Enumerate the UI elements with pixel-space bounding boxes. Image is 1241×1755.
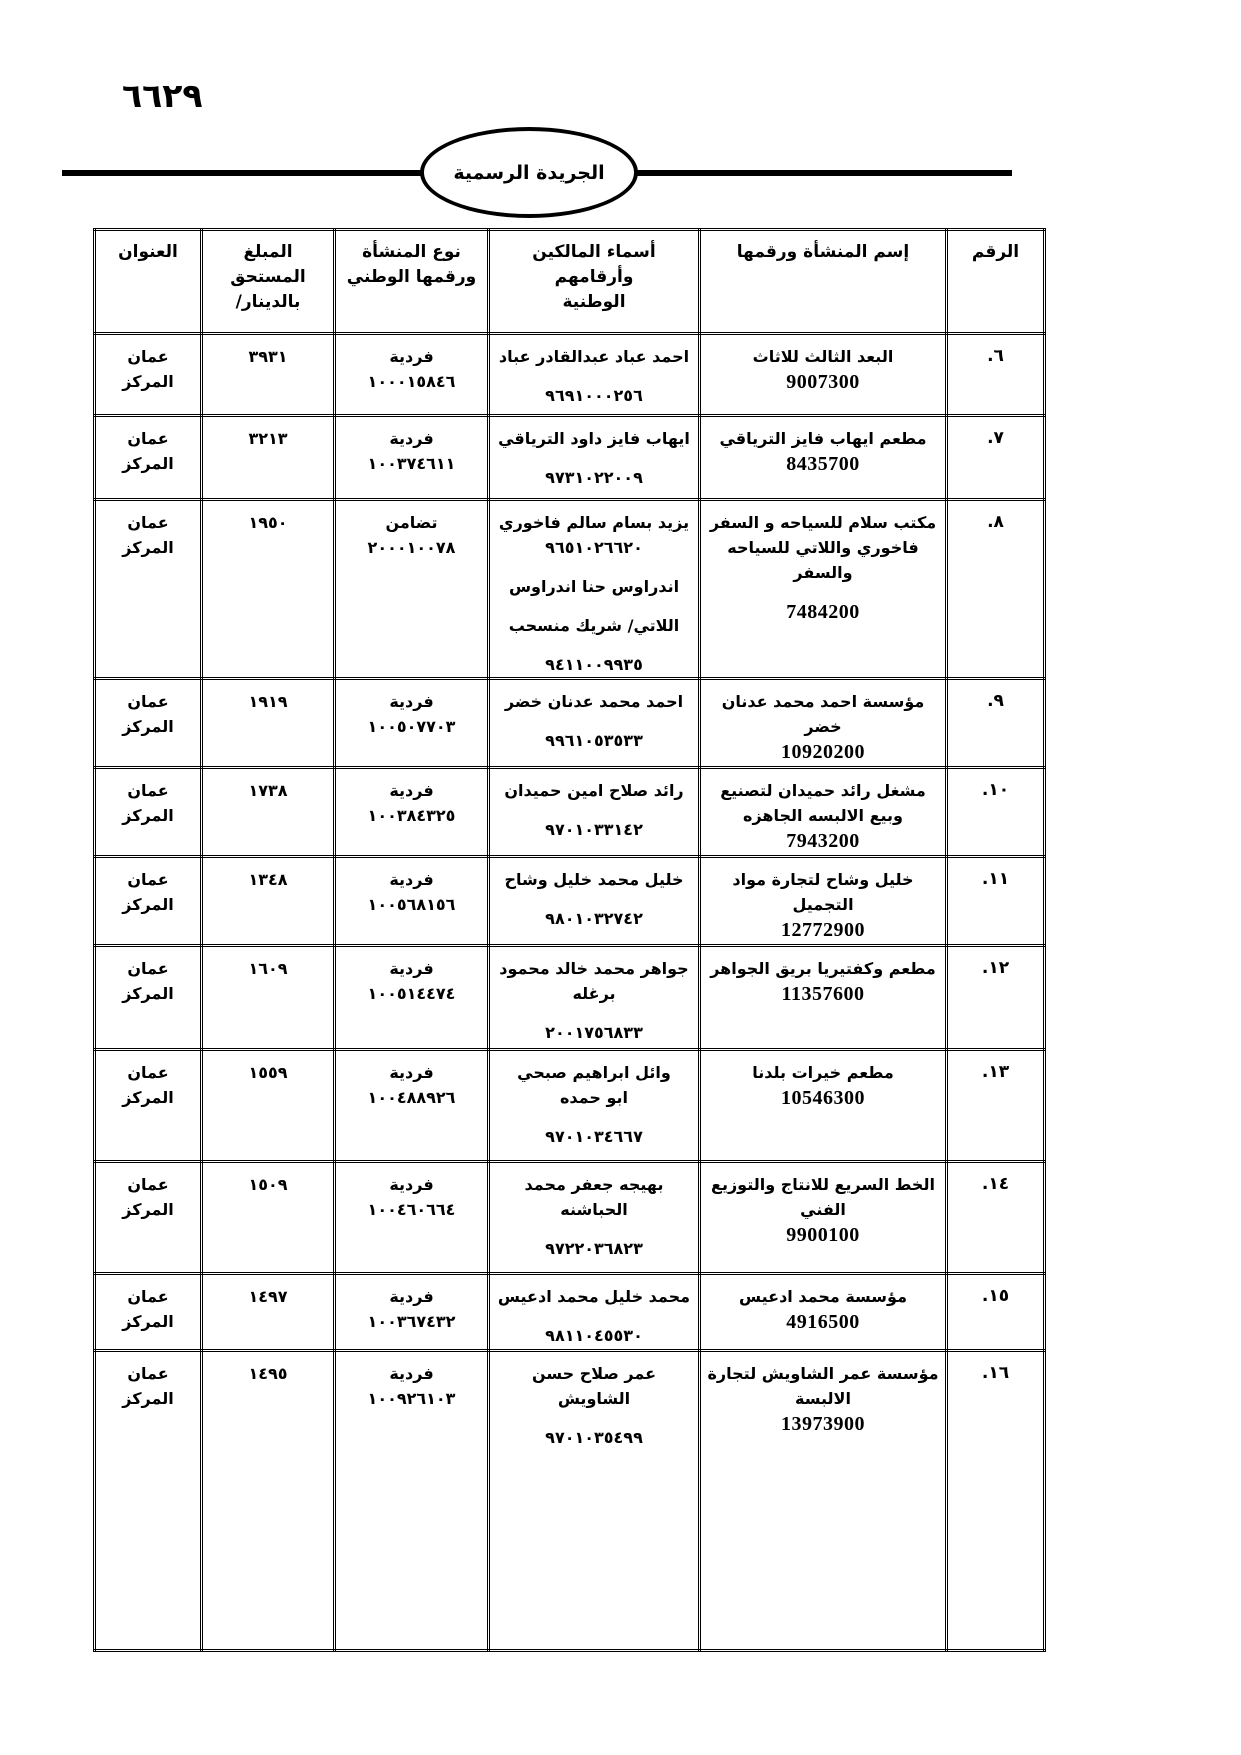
- owner-names-and-ids: رائد صلاح امين حميدان٩٧٠١٠٣٣١٤٢: [494, 778, 694, 842]
- establishment-name: البعد الثالث للاثاث: [705, 344, 941, 369]
- text-line: وائل ابراهيم صبحي: [494, 1060, 694, 1085]
- establishments-table: الرقم إسم المنشأة ورقمها أسماء المالكين …: [93, 228, 1046, 1652]
- establishment-type: فردية: [340, 1060, 483, 1085]
- establishment-type: فردية: [340, 956, 483, 981]
- establishment-cell: البعد الثالث للاثاث 9007300: [700, 334, 947, 416]
- row-number-cell: ١٤.: [947, 1162, 1045, 1274]
- type-cell: فردية ١٠٠٠١٥٨٤٦: [335, 334, 489, 416]
- establishment-type: تضامن: [340, 510, 483, 535]
- establishment-type: فردية: [340, 1284, 483, 1309]
- row-number: ٩.: [952, 689, 1039, 714]
- owner-names-and-ids: بهيجه جعفر محمدالحباشنه٩٧٢٢٠٣٦٨٢٣: [494, 1172, 694, 1261]
- text-line: يزيد بسام سالم فاخوري: [494, 510, 694, 535]
- address: عمانالمركز: [100, 1060, 196, 1110]
- type-national-number: ١٠٠٣٨٤٣٢٥: [340, 803, 483, 828]
- establishment-name: خليل وشاح لتجارة موادالتجميل: [705, 867, 941, 917]
- owners-cell: بهيجه جعفر محمدالحباشنه٩٧٢٢٠٣٦٨٢٣: [489, 1162, 700, 1274]
- text-line: الفني: [705, 1197, 941, 1222]
- amount-cell: ١٥٠٩: [202, 1162, 335, 1274]
- establishment-cell: مؤسسة محمد ادعيس 4916500: [700, 1274, 947, 1351]
- amount-cell: ٣٢١٣: [202, 416, 335, 500]
- text-line: خليل وشاح لتجارة مواد: [705, 867, 941, 892]
- text-line: [494, 369, 694, 383]
- type-national-number: ١٠٠٣٧٤٦١١: [340, 451, 483, 476]
- establishment-cell: خليل وشاح لتجارة موادالتجميل 12772900: [700, 857, 947, 946]
- text-line: الالبسة: [705, 1386, 941, 1411]
- text-line: عمان: [100, 867, 196, 892]
- text-line: المركز: [100, 803, 196, 828]
- type-cell: تضامن ٢٠٠٠١٠٠٧٨: [335, 500, 489, 679]
- gazette-title: الجريدة الرسمية: [453, 162, 604, 184]
- text-line: عمان: [100, 689, 196, 714]
- owners-cell: رائد صلاح امين حميدان٩٧٠١٠٣٣١٤٢: [489, 768, 700, 857]
- text-line: عمان: [100, 1361, 196, 1386]
- address-cell: عمانالمركز: [95, 768, 202, 857]
- type-national-number: ١٠٠٥٠٧٧٠٣: [340, 714, 483, 739]
- text-line: التجميل: [705, 892, 941, 917]
- owners-cell: خليل محمد خليل وشاح٩٨٠١٠٣٢٧٤٢: [489, 857, 700, 946]
- text-line: [494, 1411, 694, 1425]
- text-line: وبيع الالبسه الجاهزه: [705, 803, 941, 828]
- establishment-number: 8435700: [705, 451, 941, 478]
- establishment-number: 10920200: [705, 739, 941, 766]
- establishment-cell: مؤسسة عمر الشاويش لتجارةالالبسة 13973900: [700, 1351, 947, 1651]
- owners-cell: احمد عباد عبدالقادر عباد٩٦٩١٠٠٠٢٥٦: [489, 334, 700, 416]
- address-cell: عمانالمركز: [95, 334, 202, 416]
- establishment-name: مؤسسة محمد ادعيس: [705, 1284, 941, 1309]
- address: عمانالمركز: [100, 778, 196, 828]
- table-row: ١٦. مؤسسة عمر الشاويش لتجارةالالبسة 1397…: [95, 1351, 1045, 1651]
- text-line: عمان: [100, 426, 196, 451]
- text-line: عمان: [100, 956, 196, 981]
- type-national-number: ١٠٠٠١٥٨٤٦: [340, 369, 483, 394]
- text-line: [494, 1222, 694, 1236]
- address-cell: عمانالمركز: [95, 1050, 202, 1162]
- header-type: نوع المنشأةورقمها الوطني: [335, 230, 489, 334]
- text-line: عمان: [100, 778, 196, 803]
- text-line: اللاتي/ شريك منسحب: [494, 613, 694, 638]
- text-line: عمان: [100, 510, 196, 535]
- table-row: ١٣. مطعم خيرات بلدنا 10546300 وائل ابراه…: [95, 1050, 1045, 1162]
- owners-cell: محمد خليل محمد ادعيس٩٨١١٠٤٥٥٣٠: [489, 1274, 700, 1351]
- text-line: العنوان: [100, 240, 196, 265]
- amount-due: ١٥٠٩: [207, 1172, 329, 1197]
- text-line: مشغل رائد حميدان لتصنيع: [705, 778, 941, 803]
- text-line: بهيجه جعفر محمد: [494, 1172, 694, 1197]
- establishment-number: 12772900: [705, 917, 941, 944]
- table-header-row: الرقم إسم المنشأة ورقمها أسماء المالكين …: [95, 230, 1045, 334]
- text-line: خضر: [705, 714, 941, 739]
- text-line: [494, 1006, 694, 1020]
- type-cell: فردية ١٠٠٣٧٤٦١١: [335, 416, 489, 500]
- row-number-cell: ١٣.: [947, 1050, 1045, 1162]
- type-national-number: ١٠٠٤٦٠٦٦٤: [340, 1197, 483, 1222]
- owner-names-and-ids: محمد خليل محمد ادعيس٩٨١١٠٤٥٥٣٠: [494, 1284, 694, 1348]
- establishment-number: 11357600: [705, 981, 941, 1008]
- text-line: [494, 714, 694, 728]
- establishment-name: مشغل رائد حميدان لتصنيعوبيع الالبسه الجا…: [705, 778, 941, 828]
- amount-due: ١٤٩٥: [207, 1361, 329, 1386]
- text-line: المركز: [100, 1386, 196, 1411]
- text-line: المبلغ: [207, 240, 329, 265]
- row-number: ١٠.: [952, 778, 1039, 803]
- text-line: ٩٧٠١٠٣٣١٤٢: [494, 817, 694, 842]
- type-national-number: ١٠٠٩٢٦١٠٣: [340, 1386, 483, 1411]
- type-national-number: ١٠٠٥١٤٤٧٤: [340, 981, 483, 1006]
- text-line: المركز: [100, 535, 196, 560]
- type-cell: فردية ١٠٠٣٨٤٣٢٥: [335, 768, 489, 857]
- text-line: [494, 599, 694, 613]
- amount-due: ١٧٣٨: [207, 778, 329, 803]
- row-number-cell: ١٠.: [947, 768, 1045, 857]
- text-line: مؤسسة عمر الشاويش لتجارة: [705, 1361, 941, 1386]
- gazette-page: ٦٦٢٩ الجريدة الرسمية الرقم إسم المنشأة و…: [0, 0, 1241, 1755]
- establishment-number: 9007300: [705, 369, 941, 396]
- table-row: ١٠. مشغل رائد حميدان لتصنيعوبيع الالبسه …: [95, 768, 1045, 857]
- owners-cell: عمر صلاح حسنالشاويش٩٧٠١٠٣٥٤٩٩: [489, 1351, 700, 1651]
- text-line: ٩٧٣١٠٢٢٠٠٩: [494, 465, 694, 490]
- type-cell: فردية ١٠٠٥٠٧٧٠٣: [335, 679, 489, 768]
- establishment-number: 7943200: [705, 828, 941, 855]
- text-line: المركز: [100, 1085, 196, 1110]
- owners-cell: ايهاب فايز داود الترياقي٩٧٣١٠٢٢٠٠٩: [489, 416, 700, 500]
- text-line: /بالدينار: [207, 290, 329, 315]
- establishment-type: فردية: [340, 689, 483, 714]
- text-line: ابو حمده: [494, 1085, 694, 1110]
- text-line: عمر صلاح حسن: [494, 1361, 694, 1386]
- text-line: رائد صلاح امين حميدان: [494, 778, 694, 803]
- header-owners: أسماء المالكين وأرقامهمالوطنية: [489, 230, 700, 334]
- establishment-cell: مكتب سلام للسياحه و السفرفاخوري واللاتي …: [700, 500, 947, 679]
- header-amount: المبلغالمستحق/بالدينار: [202, 230, 335, 334]
- text-line: ٩٧٢٢٠٣٦٨٢٣: [494, 1236, 694, 1261]
- type-national-number: ٢٠٠٠١٠٠٧٨: [340, 535, 483, 560]
- owners-cell: جواهر محمد خالد محمودبرغله٢٠٠١٧٥٦٨٣٣: [489, 946, 700, 1050]
- row-number-cell: ١١.: [947, 857, 1045, 946]
- establishment-number: 9900100: [705, 1222, 941, 1249]
- header-establishment: إسم المنشأة ورقمها: [700, 230, 947, 334]
- establishment-type: فردية: [340, 1361, 483, 1386]
- text-line: محمد خليل محمد ادعيس: [494, 1284, 694, 1309]
- page-number: ٦٦٢٩: [122, 76, 203, 115]
- text-line: الخط السريع للانتاج والتوزيع: [705, 1172, 941, 1197]
- text-line: مؤسسة احمد محمد عدنان: [705, 689, 941, 714]
- table-row: ١٤. الخط السريع للانتاج والتوزيعالفني 99…: [95, 1162, 1045, 1274]
- establishment-name: مطعم ايهاب فايز الترياقي: [705, 426, 941, 451]
- establishment-name: الخط السريع للانتاج والتوزيعالفني: [705, 1172, 941, 1222]
- text-line: الشاويش: [494, 1386, 694, 1411]
- amount-cell: ١٦٠٩: [202, 946, 335, 1050]
- owner-names-and-ids: خليل محمد خليل وشاح٩٨٠١٠٣٢٧٤٢: [494, 867, 694, 931]
- text-line: أسماء المالكين وأرقامهم: [494, 240, 694, 290]
- text-line: [494, 1309, 694, 1323]
- owner-names-and-ids: عمر صلاح حسنالشاويش٩٧٠١٠٣٥٤٩٩: [494, 1361, 694, 1450]
- header-address: العنوان: [95, 230, 202, 334]
- amount-due: ١٩١٩: [207, 689, 329, 714]
- owners-cell: يزيد بسام سالم فاخوري٩٦٥١٠٢٦٦٢٠اندراوس ح…: [489, 500, 700, 679]
- text-line: مطعم ايهاب فايز الترياقي: [705, 426, 941, 451]
- type-cell: فردية ١٠٠٣٦٧٤٣٢: [335, 1274, 489, 1351]
- gazette-banner: الجريدة الرسمية: [420, 127, 638, 218]
- owners-cell: احمد محمد عدنان خضر٩٩٦١٠٥٣٥٣٣: [489, 679, 700, 768]
- text-line: [705, 585, 941, 599]
- text-line: ٩٧٠١٠٣٥٤٩٩: [494, 1425, 694, 1450]
- text-line: عمان: [100, 344, 196, 369]
- type-cell: فردية ١٠٠٤٦٠٦٦٤: [335, 1162, 489, 1274]
- table-row: ١٢. مطعم وكفتيريا بريق الجواهر 11357600 …: [95, 946, 1045, 1050]
- address-cell: عمانالمركز: [95, 679, 202, 768]
- address-cell: عمانالمركز: [95, 1274, 202, 1351]
- establishment-cell: الخط السريع للانتاج والتوزيعالفني 990010…: [700, 1162, 947, 1274]
- text-line: والسفر: [705, 560, 941, 585]
- text-line: المركز: [100, 1309, 196, 1334]
- address-cell: عمانالمركز: [95, 500, 202, 679]
- establishment-cell: مطعم ايهاب فايز الترياقي 8435700: [700, 416, 947, 500]
- type-cell: فردية ١٠٠٥٦٨١٥٦: [335, 857, 489, 946]
- text-line: ٩٨٠١٠٣٢٧٤٢: [494, 906, 694, 931]
- establishment-cell: مؤسسة احمد محمد عدنانخضر 10920200: [700, 679, 947, 768]
- type-cell: فردية ١٠٠٥١٤٤٧٤: [335, 946, 489, 1050]
- row-number: ١٤.: [952, 1172, 1039, 1197]
- text-line: جواهر محمد خالد محمود: [494, 956, 694, 981]
- establishment-name: مؤسسة احمد محمد عدنانخضر: [705, 689, 941, 739]
- text-line: اندراوس حنا اندراوس: [494, 574, 694, 599]
- text-line: البعد الثالث للاثاث: [705, 344, 941, 369]
- establishment-type: فردية: [340, 344, 483, 369]
- text-line: خليل محمد خليل وشاح: [494, 867, 694, 892]
- row-number-cell: ١٥.: [947, 1274, 1045, 1351]
- establishment-cell: مشغل رائد حميدان لتصنيعوبيع الالبسه الجا…: [700, 768, 947, 857]
- address: عمانالمركز: [100, 867, 196, 917]
- address: عمانالمركز: [100, 1361, 196, 1411]
- establishment-number: 7484200: [705, 599, 941, 626]
- text-line: عمان: [100, 1284, 196, 1309]
- amount-due: ١٤٩٧: [207, 1284, 329, 1309]
- establishment-cell: مطعم وكفتيريا بريق الجواهر 11357600: [700, 946, 947, 1050]
- amount-due: ١٦٠٩: [207, 956, 329, 981]
- row-number: ١١.: [952, 867, 1039, 892]
- amount-due: ٣٩٣١: [207, 344, 329, 369]
- row-number: ٨.: [952, 510, 1039, 535]
- establishment-type: فردية: [340, 1172, 483, 1197]
- row-number-cell: ١٦.: [947, 1351, 1045, 1651]
- amount-cell: ١٤٩٥: [202, 1351, 335, 1651]
- text-line: مؤسسة محمد ادعيس: [705, 1284, 941, 1309]
- text-line: [494, 638, 694, 652]
- text-line: ايهاب فايز داود الترياقي: [494, 426, 694, 451]
- establishment-number: 10546300: [705, 1085, 941, 1112]
- owner-names-and-ids: وائل ابراهيم صبحيابو حمده٩٧٠١٠٣٤٦٦٧: [494, 1060, 694, 1149]
- establishment-name: مطعم وكفتيريا بريق الجواهر: [705, 956, 941, 981]
- address: عمانالمركز: [100, 426, 196, 476]
- text-line: المركز: [100, 451, 196, 476]
- text-line: الوطنية: [494, 290, 694, 315]
- owner-names-and-ids: احمد محمد عدنان خضر٩٩٦١٠٥٣٥٣٣: [494, 689, 694, 753]
- amount-cell: ١٩٥٠: [202, 500, 335, 679]
- row-number-cell: ١٢.: [947, 946, 1045, 1050]
- type-cell: فردية ١٠٠٩٢٦١٠٣: [335, 1351, 489, 1651]
- text-line: [494, 803, 694, 817]
- text-line: إسم المنشأة ورقمها: [705, 240, 941, 265]
- text-line: المركز: [100, 369, 196, 394]
- establishment-name: مطعم خيرات بلدنا: [705, 1060, 941, 1085]
- address-cell: عمانالمركز: [95, 1162, 202, 1274]
- text-line: ورقمها الوطني: [340, 265, 483, 290]
- address-cell: عمانالمركز: [95, 416, 202, 500]
- row-number: ٦.: [952, 344, 1039, 369]
- address: عمانالمركز: [100, 510, 196, 560]
- establishment-type: فردية: [340, 778, 483, 803]
- row-number-cell: ٦.: [947, 334, 1045, 416]
- table-row: ٦. البعد الثالث للاثاث 9007300 احمد عباد…: [95, 334, 1045, 416]
- table-row: ٧. مطعم ايهاب فايز الترياقي 8435700 ايها…: [95, 416, 1045, 500]
- text-line: ٩٩٦١٠٥٣٥٣٣: [494, 728, 694, 753]
- amount-cell: ١٤٩٧: [202, 1274, 335, 1351]
- row-number: ٧.: [952, 426, 1039, 451]
- table-row: ٩. مؤسسة احمد محمد عدنانخضر 10920200 احم…: [95, 679, 1045, 768]
- text-line: مطعم خيرات بلدنا: [705, 1060, 941, 1085]
- header-number: الرقم: [947, 230, 1045, 334]
- amount-cell: ١٥٥٩: [202, 1050, 335, 1162]
- text-line: برغله: [494, 981, 694, 1006]
- text-line: المركز: [100, 714, 196, 739]
- text-line: المستحق: [207, 265, 329, 290]
- amount-cell: ١٣٤٨: [202, 857, 335, 946]
- establishment-number: 13973900: [705, 1411, 941, 1438]
- address-cell: عمانالمركز: [95, 857, 202, 946]
- amount-cell: ٣٩٣١: [202, 334, 335, 416]
- text-line: المركز: [100, 981, 196, 1006]
- row-number: ١٣.: [952, 1060, 1039, 1085]
- establishment-number: 4916500: [705, 1309, 941, 1336]
- text-line: عمان: [100, 1172, 196, 1197]
- amount-due: ١٩٥٠: [207, 510, 329, 535]
- row-number: ١٢.: [952, 956, 1039, 981]
- text-line: ٩٦٥١٠٢٦٦٢٠: [494, 535, 694, 560]
- owner-names-and-ids: جواهر محمد خالد محمودبرغله٢٠٠١٧٥٦٨٣٣: [494, 956, 694, 1045]
- address: عمانالمركز: [100, 689, 196, 739]
- text-line: [494, 451, 694, 465]
- type-national-number: ١٠٠٥٦٨١٥٦: [340, 892, 483, 917]
- text-line: المركز: [100, 892, 196, 917]
- establishment-cell: مطعم خيرات بلدنا 10546300: [700, 1050, 947, 1162]
- amount-due: ٣٢١٣: [207, 426, 329, 451]
- text-line: مطعم وكفتيريا بريق الجواهر: [705, 956, 941, 981]
- row-number-cell: ٧.: [947, 416, 1045, 500]
- address-cell: عمانالمركز: [95, 1351, 202, 1651]
- text-line: الحباشنه: [494, 1197, 694, 1222]
- text-line: فاخوري واللاتي للسياحه: [705, 535, 941, 560]
- table-row: ١١. خليل وشاح لتجارة موادالتجميل 1277290…: [95, 857, 1045, 946]
- row-number: ١٦.: [952, 1361, 1039, 1386]
- table-row: ٨. مكتب سلام للسياحه و السفرفاخوري واللا…: [95, 500, 1045, 679]
- text-line: ٩٧٠١٠٣٤٦٦٧: [494, 1124, 694, 1149]
- amount-due: ١٥٥٩: [207, 1060, 329, 1085]
- table-row: ١٥. مؤسسة محمد ادعيس 4916500 محمد خليل م…: [95, 1274, 1045, 1351]
- text-line: [494, 560, 694, 574]
- row-number-cell: ٨.: [947, 500, 1045, 679]
- text-line: ٢٠٠١٧٥٦٨٣٣: [494, 1020, 694, 1045]
- address: عمانالمركز: [100, 1172, 196, 1222]
- address: عمانالمركز: [100, 344, 196, 394]
- owner-names-and-ids: احمد عباد عبدالقادر عباد٩٦٩١٠٠٠٢٥٦: [494, 344, 694, 408]
- type-national-number: ١٠٠٣٦٧٤٣٢: [340, 1309, 483, 1334]
- text-line: [494, 1110, 694, 1124]
- type-cell: فردية ١٠٠٤٨٨٩٢٦: [335, 1050, 489, 1162]
- address: عمانالمركز: [100, 1284, 196, 1334]
- row-number: ١٥.: [952, 1284, 1039, 1309]
- owner-names-and-ids: يزيد بسام سالم فاخوري٩٦٥١٠٢٦٦٢٠اندراوس ح…: [494, 510, 694, 677]
- owner-names-and-ids: ايهاب فايز داود الترياقي٩٧٣١٠٢٢٠٠٩: [494, 426, 694, 490]
- establishment-name: مؤسسة عمر الشاويش لتجارةالالبسة: [705, 1361, 941, 1411]
- amount-cell: ١٩١٩: [202, 679, 335, 768]
- text-line: ٩٦٩١٠٠٠٢٥٦: [494, 383, 694, 408]
- owners-cell: وائل ابراهيم صبحيابو حمده٩٧٠١٠٣٤٦٦٧: [489, 1050, 700, 1162]
- text-line: مكتب سلام للسياحه و السفر: [705, 510, 941, 535]
- establishment-name: مكتب سلام للسياحه و السفرفاخوري واللاتي …: [705, 510, 941, 599]
- text-line: احمد عباد عبدالقادر عباد: [494, 344, 694, 369]
- text-line: ٩٤١١٠٠٩٩٣٥: [494, 652, 694, 677]
- text-line: الرقم: [952, 240, 1039, 265]
- establishment-type: فردية: [340, 867, 483, 892]
- type-national-number: ١٠٠٤٨٨٩٢٦: [340, 1085, 483, 1110]
- establishment-type: فردية: [340, 426, 483, 451]
- text-line: عمان: [100, 1060, 196, 1085]
- text-line: [494, 892, 694, 906]
- text-line: احمد محمد عدنان خضر: [494, 689, 694, 714]
- row-number-cell: ٩.: [947, 679, 1045, 768]
- amount-cell: ١٧٣٨: [202, 768, 335, 857]
- address: عمانالمركز: [100, 956, 196, 1006]
- text-line: ٩٨١١٠٤٥٥٣٠: [494, 1323, 694, 1348]
- text-line: المركز: [100, 1197, 196, 1222]
- text-line: نوع المنشأة: [340, 240, 483, 265]
- amount-due: ١٣٤٨: [207, 867, 329, 892]
- address-cell: عمانالمركز: [95, 946, 202, 1050]
